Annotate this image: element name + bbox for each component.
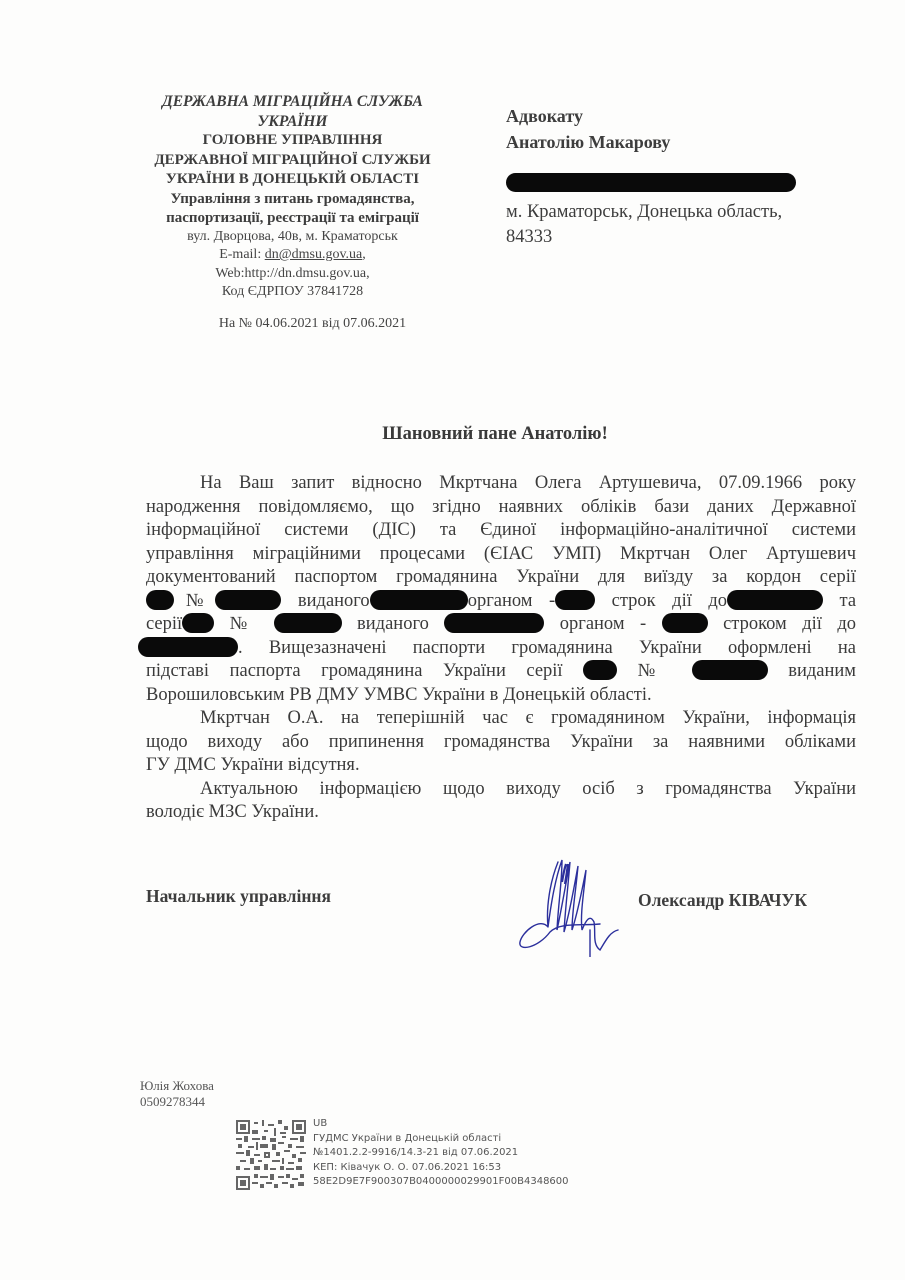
- sender-edrpou: Код ЄДРПОУ 37841728: [130, 283, 455, 302]
- esign-reg-number: №1401.2.2-9916/14.3-21 від 07.06.2021: [313, 1146, 569, 1161]
- redacted-series: [182, 613, 214, 633]
- recipient-postal: 84333: [506, 225, 846, 250]
- esign-org: ГУДМС України в Донецькій області: [313, 1132, 569, 1147]
- issued-text: виданого: [298, 591, 370, 611]
- recipient-line2: Анатолію Макарову: [506, 129, 670, 155]
- body-line: Ворошиловським РВ ДМУ УМВС України в Дон…: [146, 684, 856, 708]
- agency-name-line2: УКРАЇНИ: [130, 112, 455, 132]
- body-line: Мкртчан О.А. на теперішній час є громадя…: [146, 707, 856, 731]
- executor-phone: 0509278344: [140, 1094, 214, 1110]
- unit-line2: паспортизації, реєстрації та еміграції: [130, 209, 455, 228]
- sender-email-line: E-mail: dn@dmsu.gov.ua,: [130, 246, 455, 265]
- body-line: № виданогоорганом - строк дії до та: [146, 590, 856, 614]
- reference-number: На № 04.06.2021 від 07.06.2021: [130, 316, 495, 332]
- sender-web: Web:http://dn.dmsu.gov.ua,: [130, 265, 455, 284]
- email-link[interactable]: dn@dmsu.gov.ua: [265, 247, 363, 262]
- number-sign: №: [638, 661, 672, 681]
- recipient-city-line: м. Краматорськ, Донецька область,: [506, 200, 846, 225]
- department-line1: ГОЛОВНЕ УПРАВЛІННЯ: [130, 131, 455, 151]
- body-line: ГУ ДМС України відсутня.: [146, 754, 856, 778]
- redacted-number: [215, 590, 281, 610]
- issued-text: виданого: [357, 614, 429, 634]
- body-line: щодо виходу або припинення громадянства …: [146, 731, 856, 755]
- number-sign: №: [230, 614, 258, 634]
- valid-until-text: строком дії до: [723, 614, 856, 634]
- redacted-address: [506, 173, 796, 192]
- electronic-signature-stamp: UB ГУДМС України в Донецькій області №14…: [313, 1117, 569, 1190]
- body-line: управління міграційними процесами (ЄІАС …: [146, 543, 856, 567]
- handwritten-signature-icon: [510, 852, 640, 957]
- body-line: серії № виданого органом - строком дії д…: [146, 613, 856, 637]
- esign-code: UB: [313, 1117, 569, 1132]
- body-line: народження повідомляємо, що згідно наявн…: [146, 496, 856, 520]
- body-line: . Вищезазначені паспорти громадянина Укр…: [146, 637, 856, 661]
- redacted-series: [146, 590, 174, 610]
- department-line2: ДЕРЖАВНОЇ МІГРАЦІЙНОЇ СЛУЖБИ: [130, 151, 455, 171]
- executor-block: Юлія Жохова 0509278344: [140, 1078, 214, 1110]
- executor-name: Юлія Жохова: [140, 1078, 214, 1094]
- agency-name-line1: ДЕРЖАВНА МІГРАЦІЙНА СЛУЖБА: [130, 92, 455, 112]
- salutation: Шановний пане Анатолію!: [130, 424, 860, 445]
- redacted-series: [583, 660, 617, 680]
- series-text: серії: [146, 614, 182, 634]
- number-sign: №: [174, 591, 215, 611]
- department-line3: УКРАЇНИ В ДОНЕЦЬКІЙ ОБЛАСТІ: [130, 170, 455, 190]
- qr-code-icon: [236, 1120, 306, 1190]
- email-label: E-mail:: [219, 247, 265, 262]
- by-body-text: органом -: [468, 591, 555, 611]
- esign-hash: 58E2D9E7F900307B0400000029901F00B4348600: [313, 1175, 569, 1190]
- issued-by-text: виданим: [788, 661, 856, 681]
- valid-until-text: строк дії до: [612, 591, 727, 611]
- redacted-expiry: [727, 590, 823, 610]
- and-text: та: [840, 591, 857, 611]
- body-line: документований паспортом громадянина Укр…: [146, 566, 856, 590]
- body-line: На Ваш запит відносно Мкртчана Олега Арт…: [146, 472, 856, 496]
- recipient-line1: Адвокату: [506, 103, 670, 129]
- body-text-segment: підставі паспорта громадянина України се…: [146, 661, 563, 681]
- sender-block: ДЕРЖАВНА МІГРАЦІЙНА СЛУЖБА УКРАЇНИ ГОЛОВ…: [130, 92, 455, 302]
- redacted-number: [274, 613, 342, 633]
- redacted-authority: [555, 590, 595, 610]
- email-suffix: ,: [362, 247, 366, 262]
- redacted-date: [444, 613, 544, 633]
- body-line: інформаційної системи (ДІС) та Єдиної ін…: [146, 519, 856, 543]
- body-line: володіє МЗС України.: [146, 801, 856, 825]
- sender-address: вул. Дворцова, 40в, м. Краматорськ: [130, 228, 455, 247]
- signatory-name: Олександр КІВАЧУК: [638, 890, 807, 911]
- unit-line1: Управління з питань громадянства,: [130, 190, 455, 209]
- recipient-city: м. Краматорськ, Донецька область, 84333: [506, 200, 846, 250]
- redacted-authority: [662, 613, 708, 633]
- redacted-date: [370, 590, 468, 610]
- by-body-text: органом -: [560, 614, 646, 634]
- esign-signer: КЕП: Ківачук О. О. 07.06.2021 16:53: [313, 1161, 569, 1176]
- recipient-block: Адвокату Анатолію Макарову м. Краматорсь…: [506, 103, 670, 155]
- redacted-expiry: [138, 637, 238, 657]
- signatory-title: Начальник управління: [146, 886, 331, 907]
- body-text-segment: . Вищезазначені паспорти громадянина Укр…: [238, 638, 856, 658]
- redacted-number: [692, 660, 768, 680]
- letter-body: На Ваш запит відносно Мкртчана Олега Арт…: [146, 472, 856, 825]
- body-line: Актуальною інформацією щодо виходу осіб …: [146, 778, 856, 802]
- body-line: підставі паспорта громадянина України се…: [146, 660, 856, 684]
